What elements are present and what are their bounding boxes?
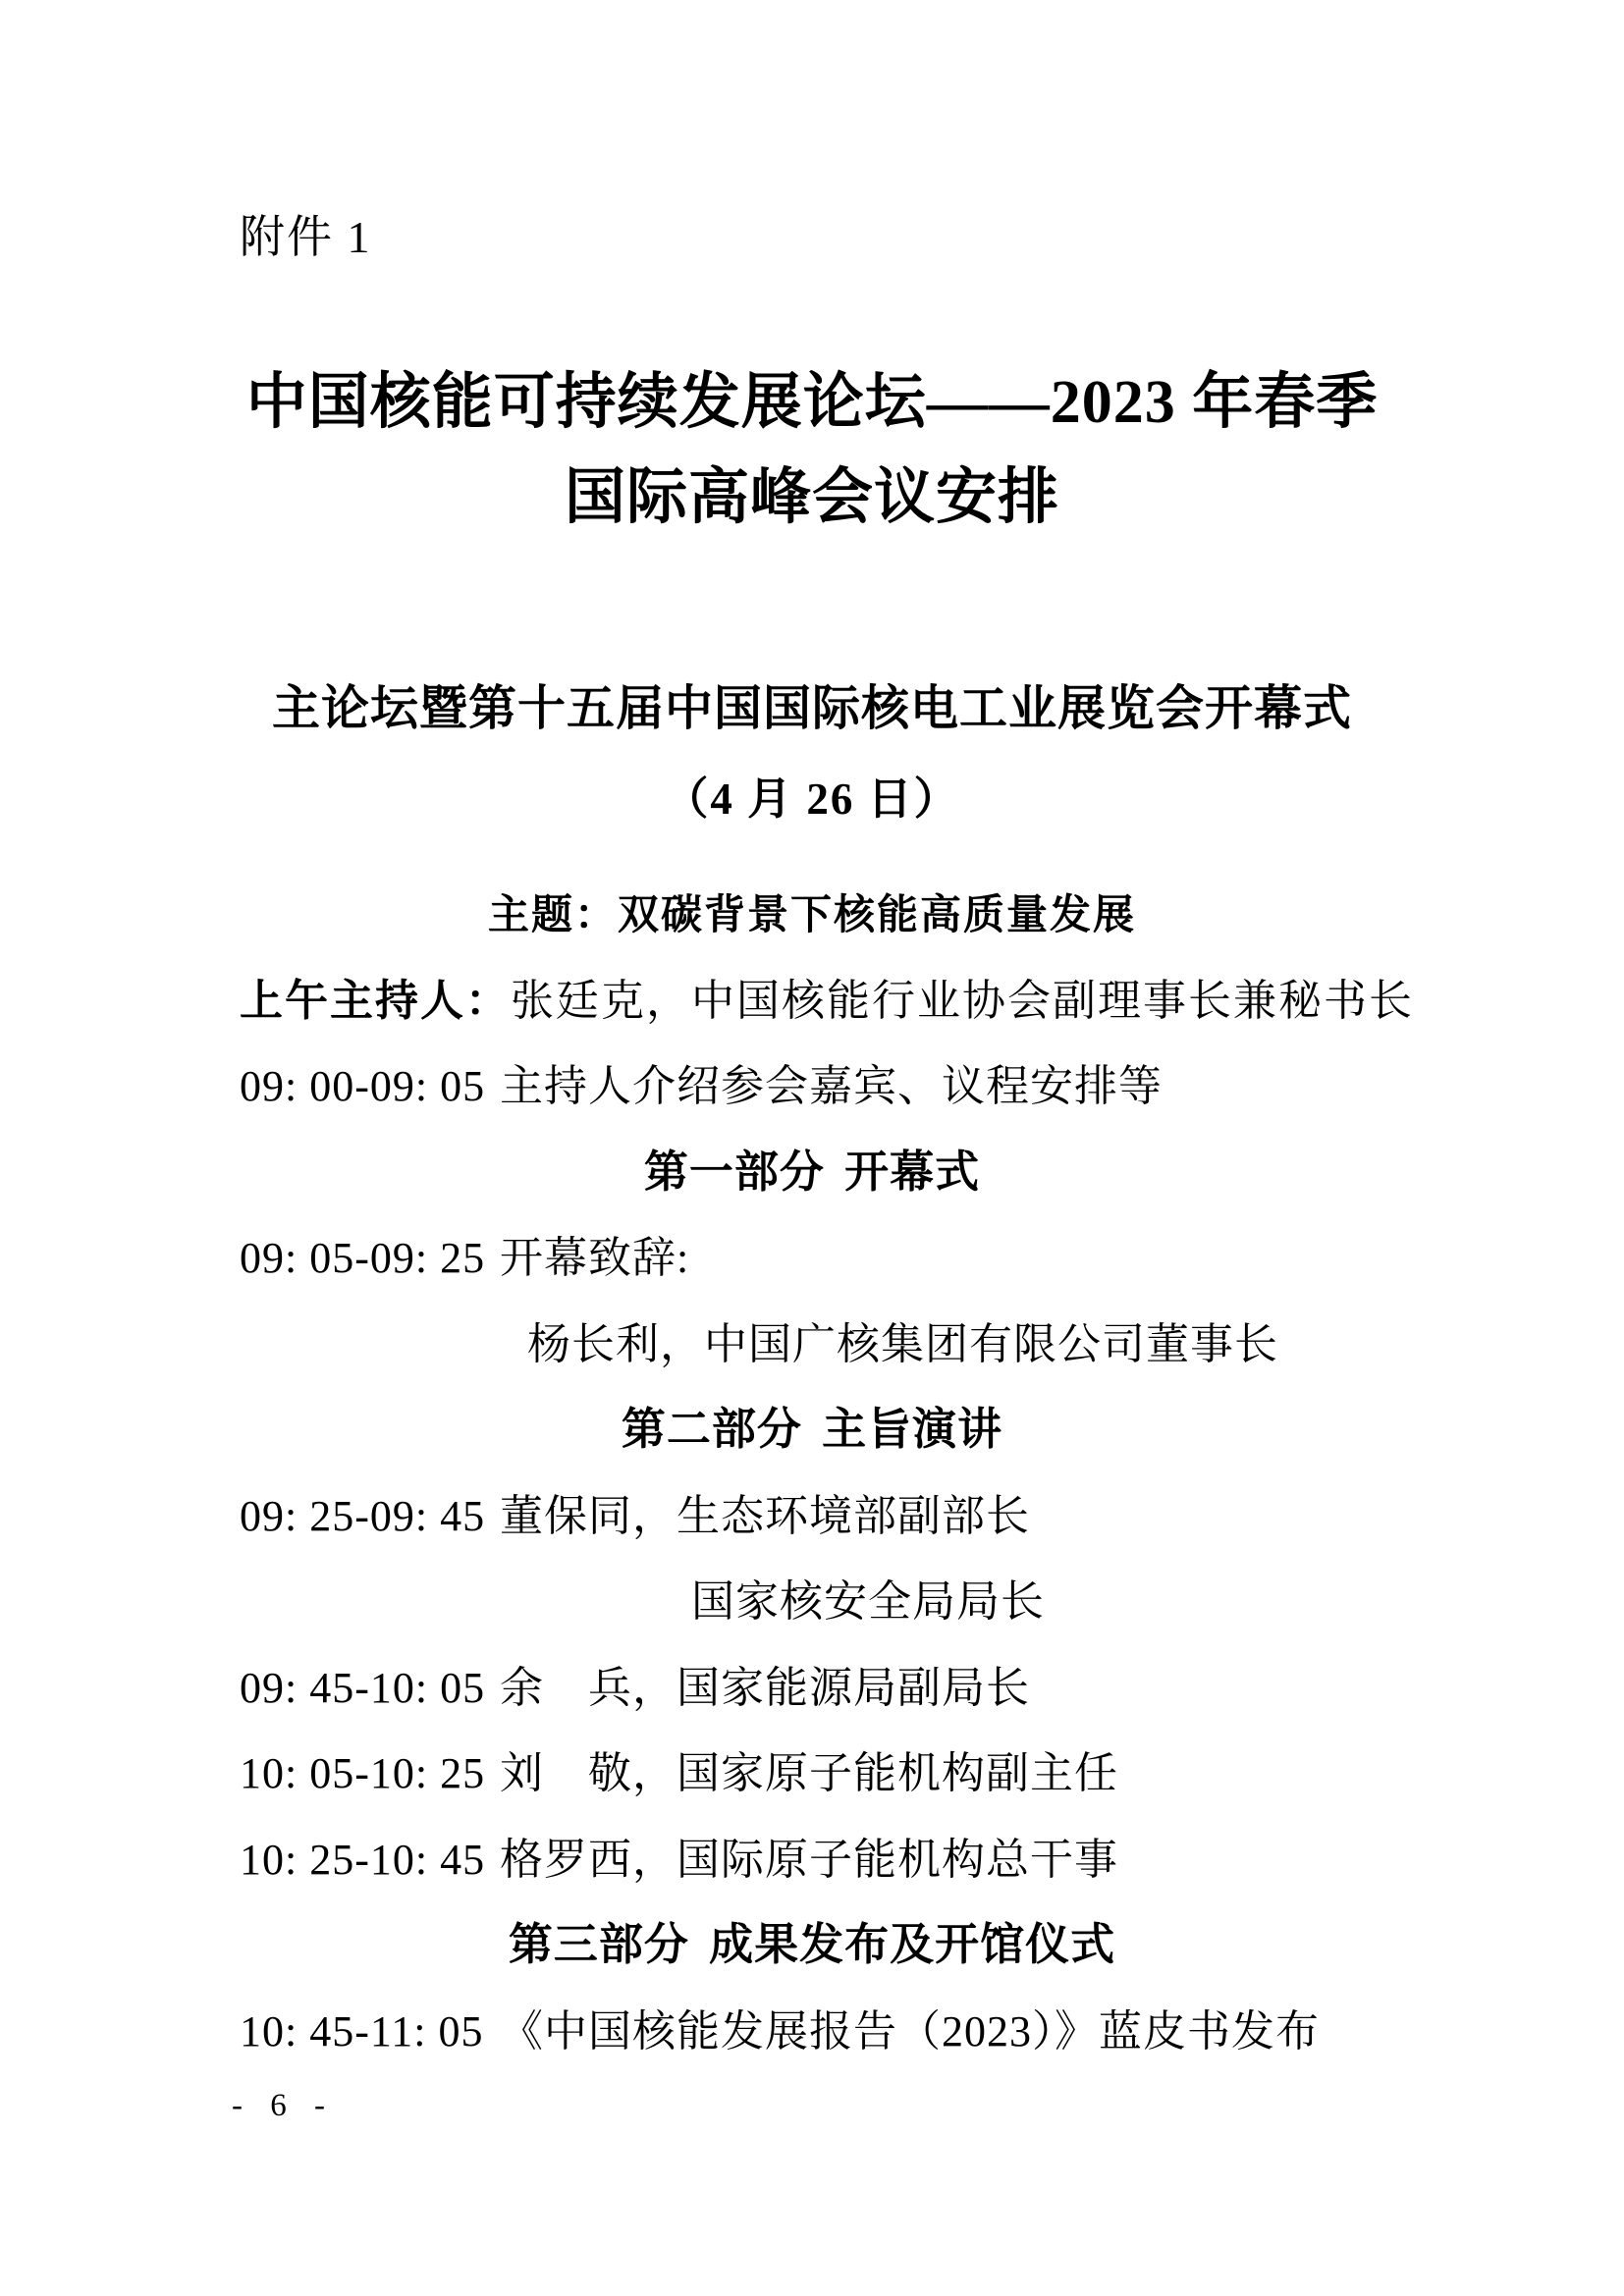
continuation-line: 国家核安全局局长 [0, 1559, 1624, 1645]
document-page: 附件 1 中国核能可持续发展论坛——2023 年春季 国际高峰会议安排 主论坛暨… [0, 0, 1624, 2296]
agenda-row: 10: 25-10: 45 格罗西，国际原子能机构总干事 [0, 1817, 1624, 1903]
agenda-text: 董保同，生态环境部副部长 [500, 1473, 1030, 1560]
moderator-name: 张廷克，中国核能行业协会副理事长兼秘书长 [511, 977, 1414, 1025]
agenda-text: 主持人介绍参会嘉宾、议程安排等 [500, 1043, 1163, 1130]
agenda-text: 《中国核能发展报告（2023）》蓝皮书发布 [500, 1989, 1320, 2075]
document-title: 中国核能可持续发展论坛——2023 年春季 国际高峰会议安排 [0, 355, 1624, 546]
document-title-line2: 国际高峰会议安排 [0, 451, 1624, 546]
agenda-text: 余 兵，国家能源局副局长 [500, 1645, 1030, 1732]
page-number: - 6 - [232, 2083, 335, 2128]
agenda-row: 09: 05-09: 25 开幕致辞: [0, 1215, 1624, 1302]
time-label: 09: 25-09: 45 [240, 1473, 500, 1560]
agenda-row: 10: 45-11: 05 《中国核能发展报告（2023）》蓝皮书发布 [0, 1989, 1624, 2075]
agenda-text: 刘 敬，国家原子能机构副主任 [500, 1731, 1118, 1817]
section-header: 第一部分 开幕式 [0, 1130, 1624, 1216]
time-label: 09: 45-10: 05 [240, 1645, 500, 1732]
theme-line: 主题：双碳背景下核能高质量发展 [0, 872, 1624, 958]
moderator-label: 上午主持人： [240, 977, 511, 1025]
agenda-body: 主题：双碳背景下核能高质量发展 上午主持人：张廷克，中国核能行业协会副理事长兼秘… [0, 872, 1624, 2074]
time-label: 10: 45-11: 05 [240, 1989, 500, 2075]
continuation-line: 杨长利，中国广核集团有限公司董事长 [0, 1302, 1624, 1388]
session-date: （4 月 26 日） [0, 764, 1624, 834]
time-label: 10: 05-10: 25 [240, 1731, 500, 1817]
document-title-line1: 中国核能可持续发展论坛——2023 年春季 [0, 355, 1624, 451]
agenda-text: 开幕致辞: [500, 1215, 689, 1302]
agenda-row: 09: 00-09: 05 主持人介绍参会嘉宾、议程安排等 [0, 1043, 1624, 1130]
session-heading: 主论坛暨第十五届中国国际核电工业展览会开幕式 [0, 669, 1624, 748]
time-label: 09: 05-09: 25 [240, 1215, 500, 1302]
agenda-row: 10: 05-10: 25 刘 敬，国家原子能机构副主任 [0, 1731, 1624, 1817]
time-label: 10: 25-10: 45 [240, 1817, 500, 1903]
attachment-label: 附件 1 [240, 210, 372, 264]
agenda-row: 09: 45-10: 05 余 兵，国家能源局副局长 [0, 1645, 1624, 1732]
agenda-text: 格罗西，国际原子能机构总干事 [500, 1817, 1118, 1903]
moderator-line: 上午主持人：张廷克，中国核能行业协会副理事长兼秘书长 [0, 958, 1624, 1044]
agenda-row: 09: 25-09: 45 董保同，生态环境部副部长 [0, 1473, 1624, 1560]
section-header: 第二部分 主旨演讲 [0, 1387, 1624, 1473]
time-label: 09: 00-09: 05 [240, 1043, 500, 1130]
section-header: 第三部分 成果发布及开馆仪式 [0, 1902, 1624, 1989]
